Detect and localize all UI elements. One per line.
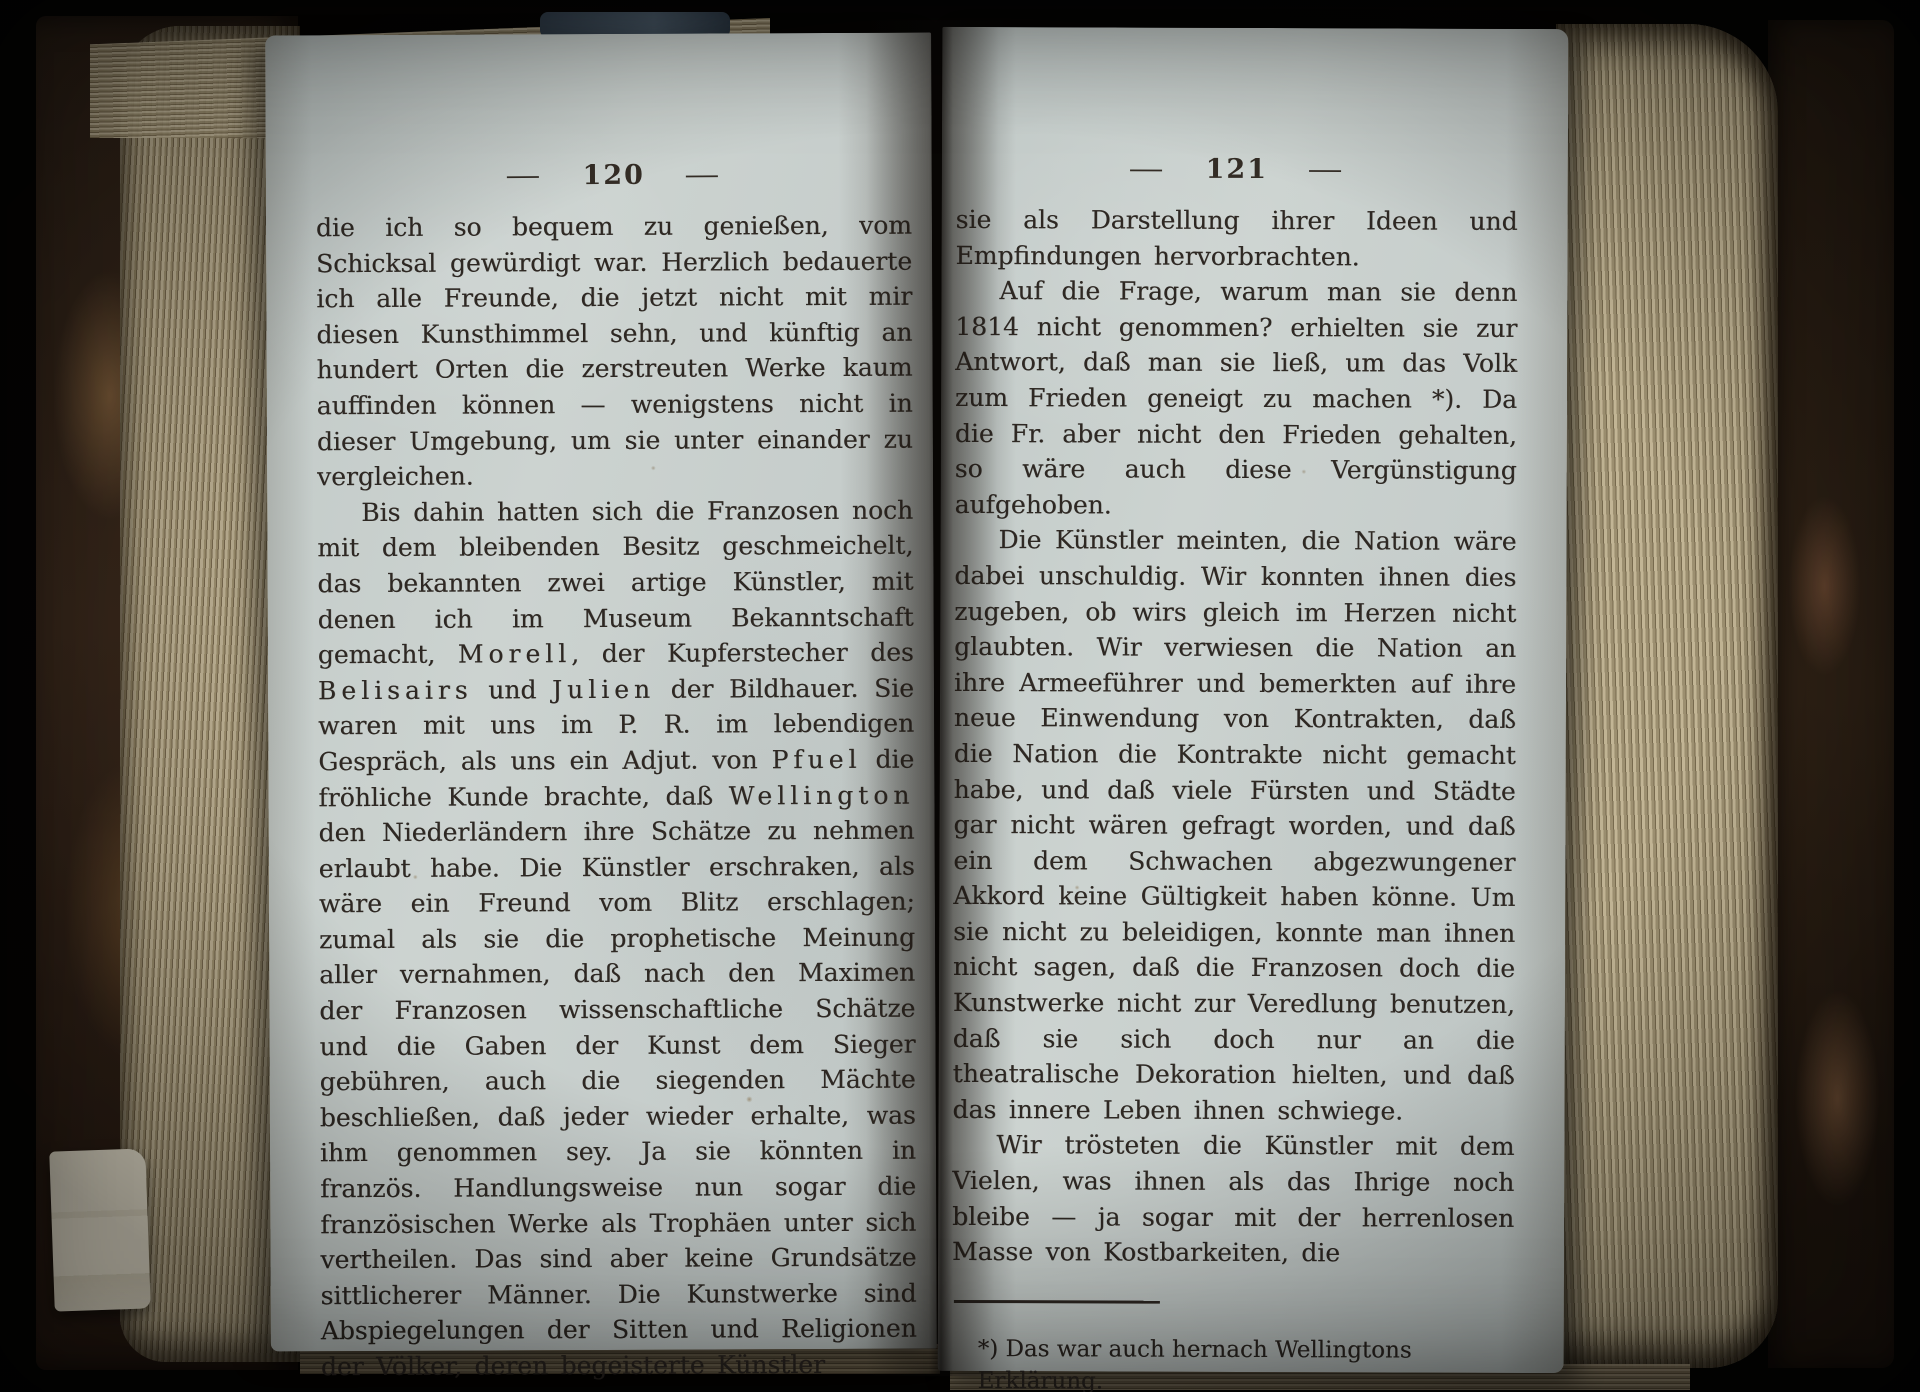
loose-page-corners [49,1148,151,1311]
right-page-content: — 121 — sie als Darstellung ihrer Ideen … [952,27,1519,1392]
book-cover-right [1768,20,1894,1368]
body-paragraph: Die Künstler meinten, die Nation wäre da… [953,522,1517,1129]
right-page-text-block: sie als Darstellung ihrer Ideen und Empf… [952,202,1518,1272]
body-paragraph: sie als Darstellung ihrer Ideen und Empf… [955,202,1517,275]
header-dash-left: — [1128,154,1166,185]
open-book-photo: — 120 — die ich so bequem zu genießen, v… [0,0,1920,1392]
right-page-number: 121 [1206,154,1268,185]
body-paragraph: die ich so bequem zu genießen, vom Schic… [316,208,913,495]
left-page-content: — 120 — die ich so bequem zu genießen, v… [315,33,917,1385]
footnote-separator [954,1300,1160,1304]
left-page-number: 120 [582,160,645,191]
header-dash-right: — [685,159,723,190]
body-paragraph: Bis dahin hatten sich die Franzosen noch… [317,492,917,1384]
header-dash-left: — [505,160,543,191]
footnote: *) Das war auch hernach Wellingtons Erkl… [952,1333,1514,1392]
right-page-header: — 121 — [956,153,1518,186]
left-page: — 120 — die ich so bequem zu genießen, v… [265,33,937,1352]
body-paragraph: Auf die Frage, warum man sie denn 1814 n… [955,273,1518,524]
right-page: — 121 — sie als Darstellung ihrer Ideen … [938,27,1569,1373]
body-paragraph: Wir trösteten die Künstler mit dem Viele… [952,1127,1514,1271]
header-dash-right: — [1308,154,1346,185]
left-page-text-block: die ich so bequem zu genießen, vom Schic… [316,208,917,1385]
left-page-header: — 120 — [316,159,912,193]
page-edges-right [1556,24,1778,1368]
